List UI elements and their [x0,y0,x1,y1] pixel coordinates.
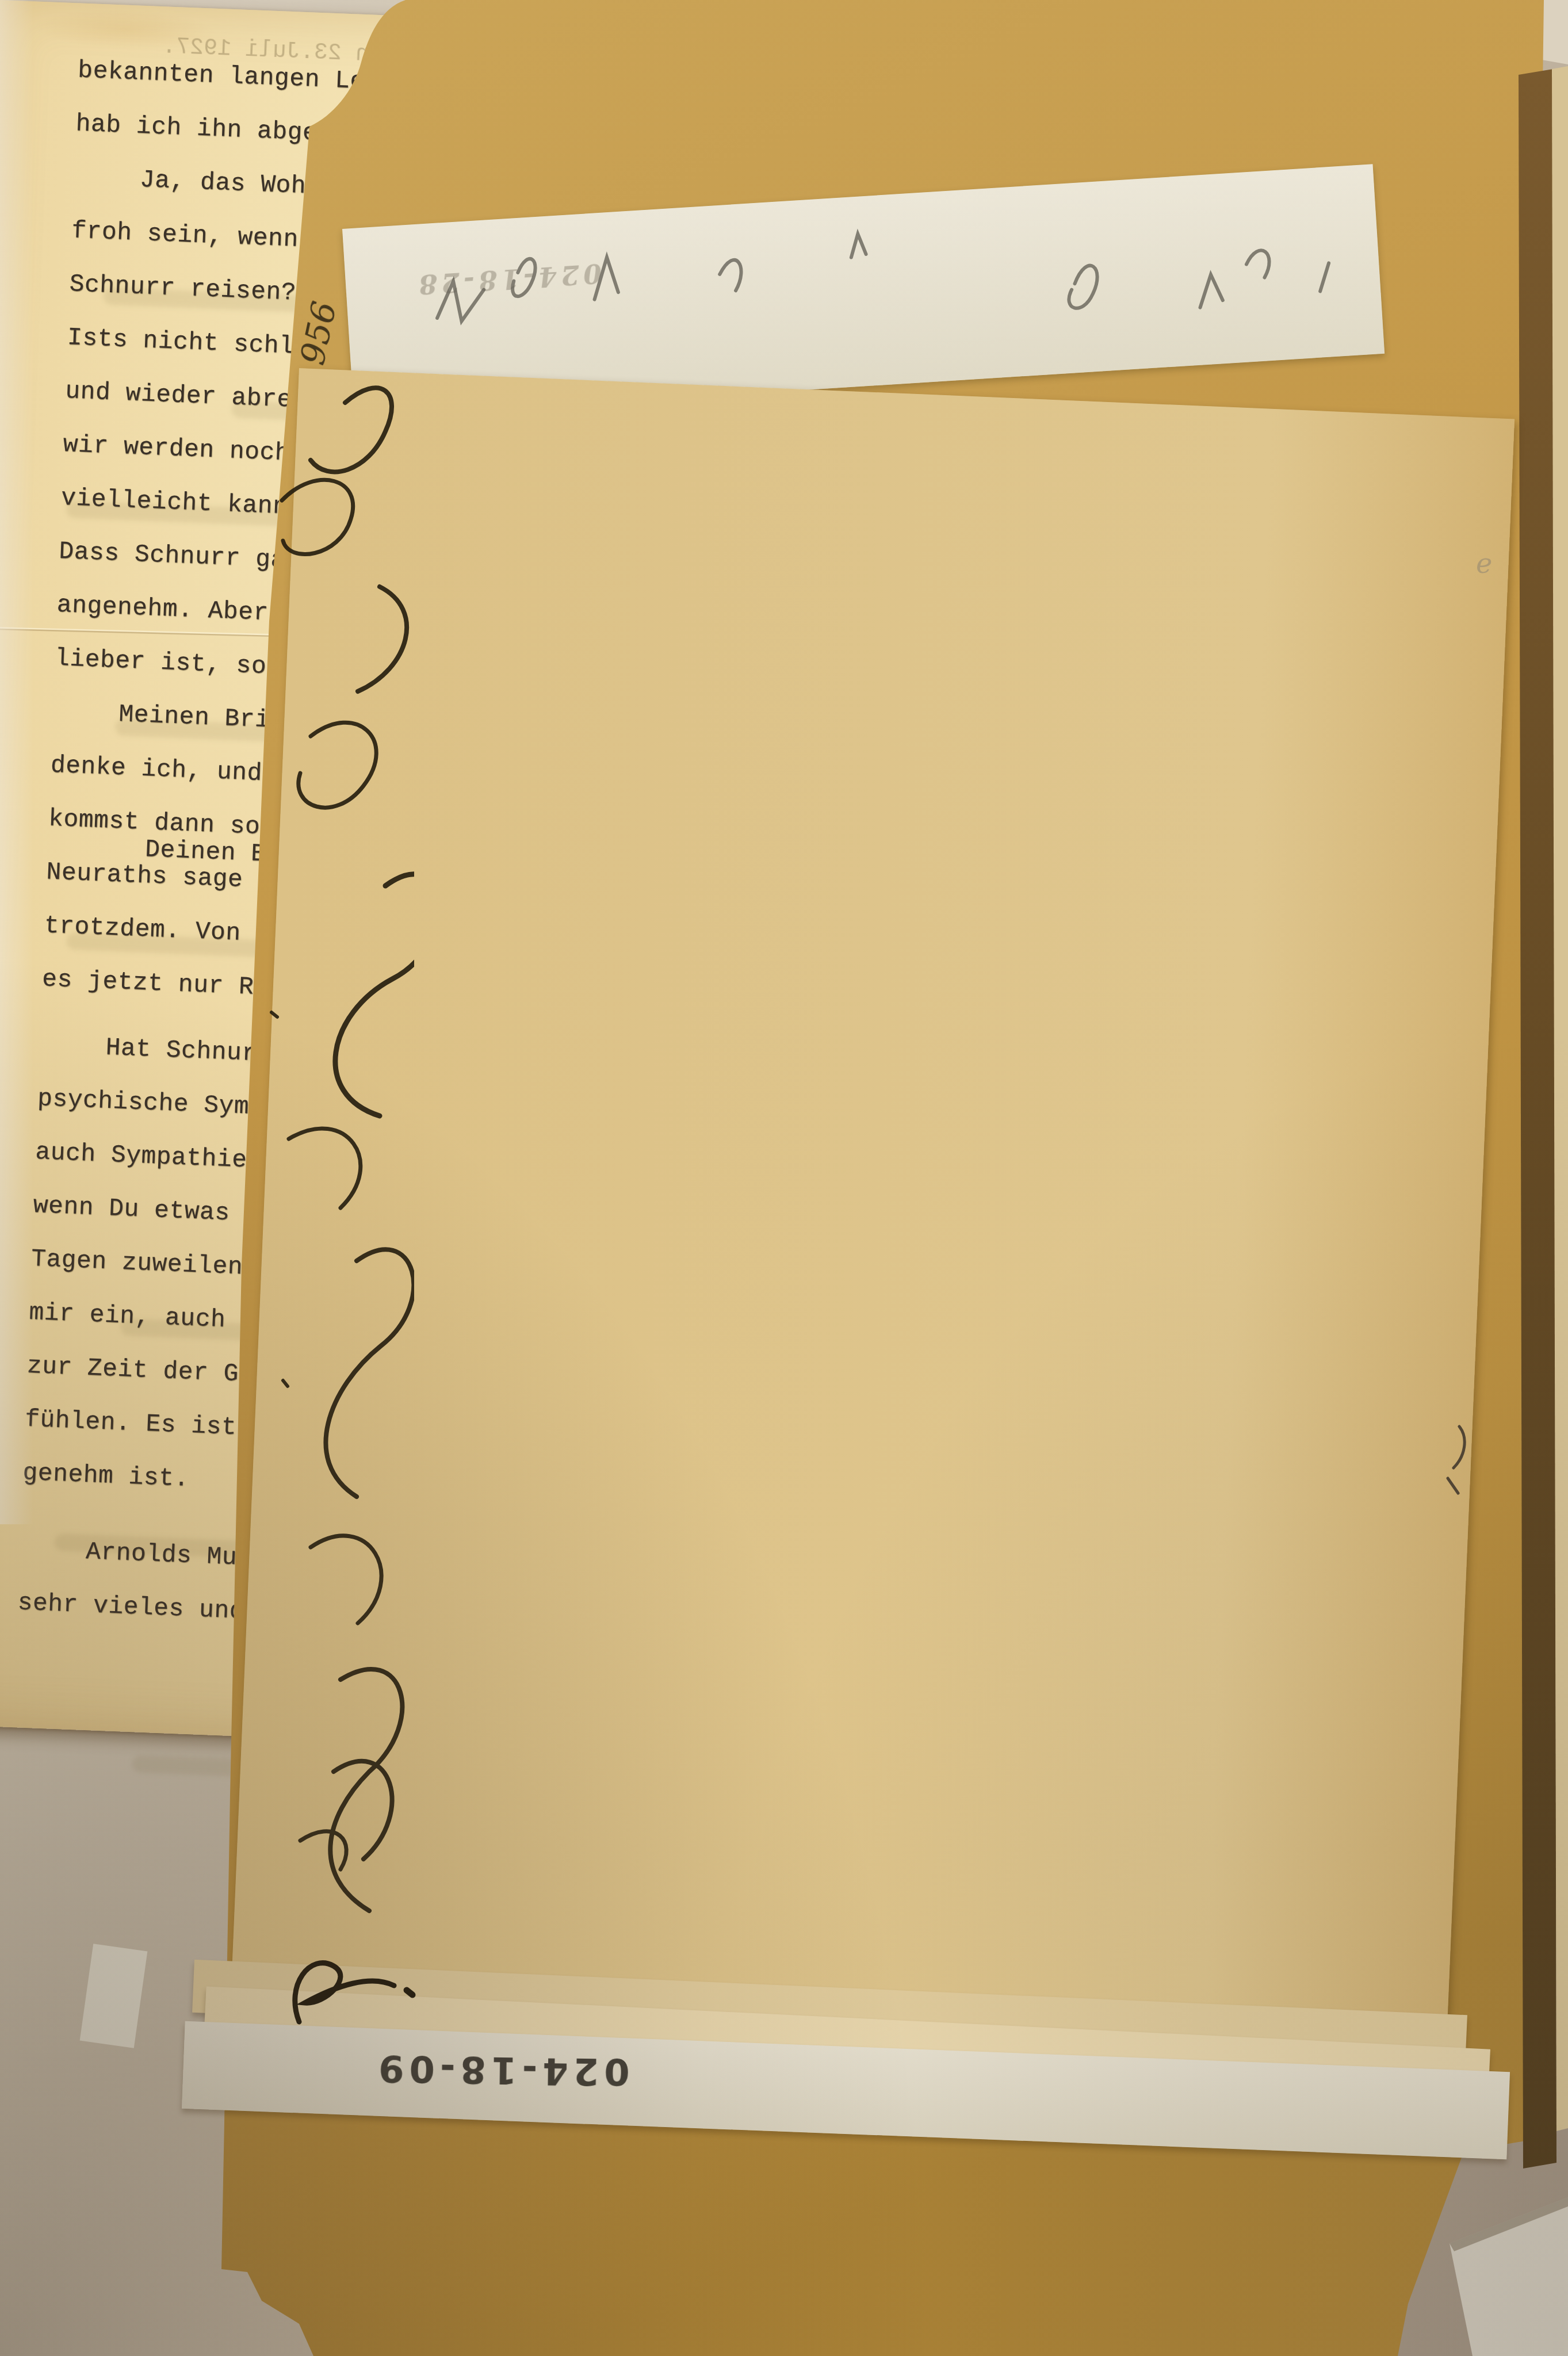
right-shadow-edge [1519,69,1556,2168]
photo-of-typewritten-letter: 024-18-28 024-18-09 Wien, den 23.Juli 19… [0,0,1568,2356]
margin-shorthand-handwriting-icon [138,368,414,1956]
paper-stack-under-letter [227,368,1515,2132]
upside-down-archive-number: 024-18-09 [373,2047,630,2093]
pencil-letter-mark: e [1476,548,1492,580]
ink-flourish-signature-icon [285,1950,434,2042]
background-light-band [0,0,33,1524]
ink-correction-mark-icon [1441,1421,1481,1501]
